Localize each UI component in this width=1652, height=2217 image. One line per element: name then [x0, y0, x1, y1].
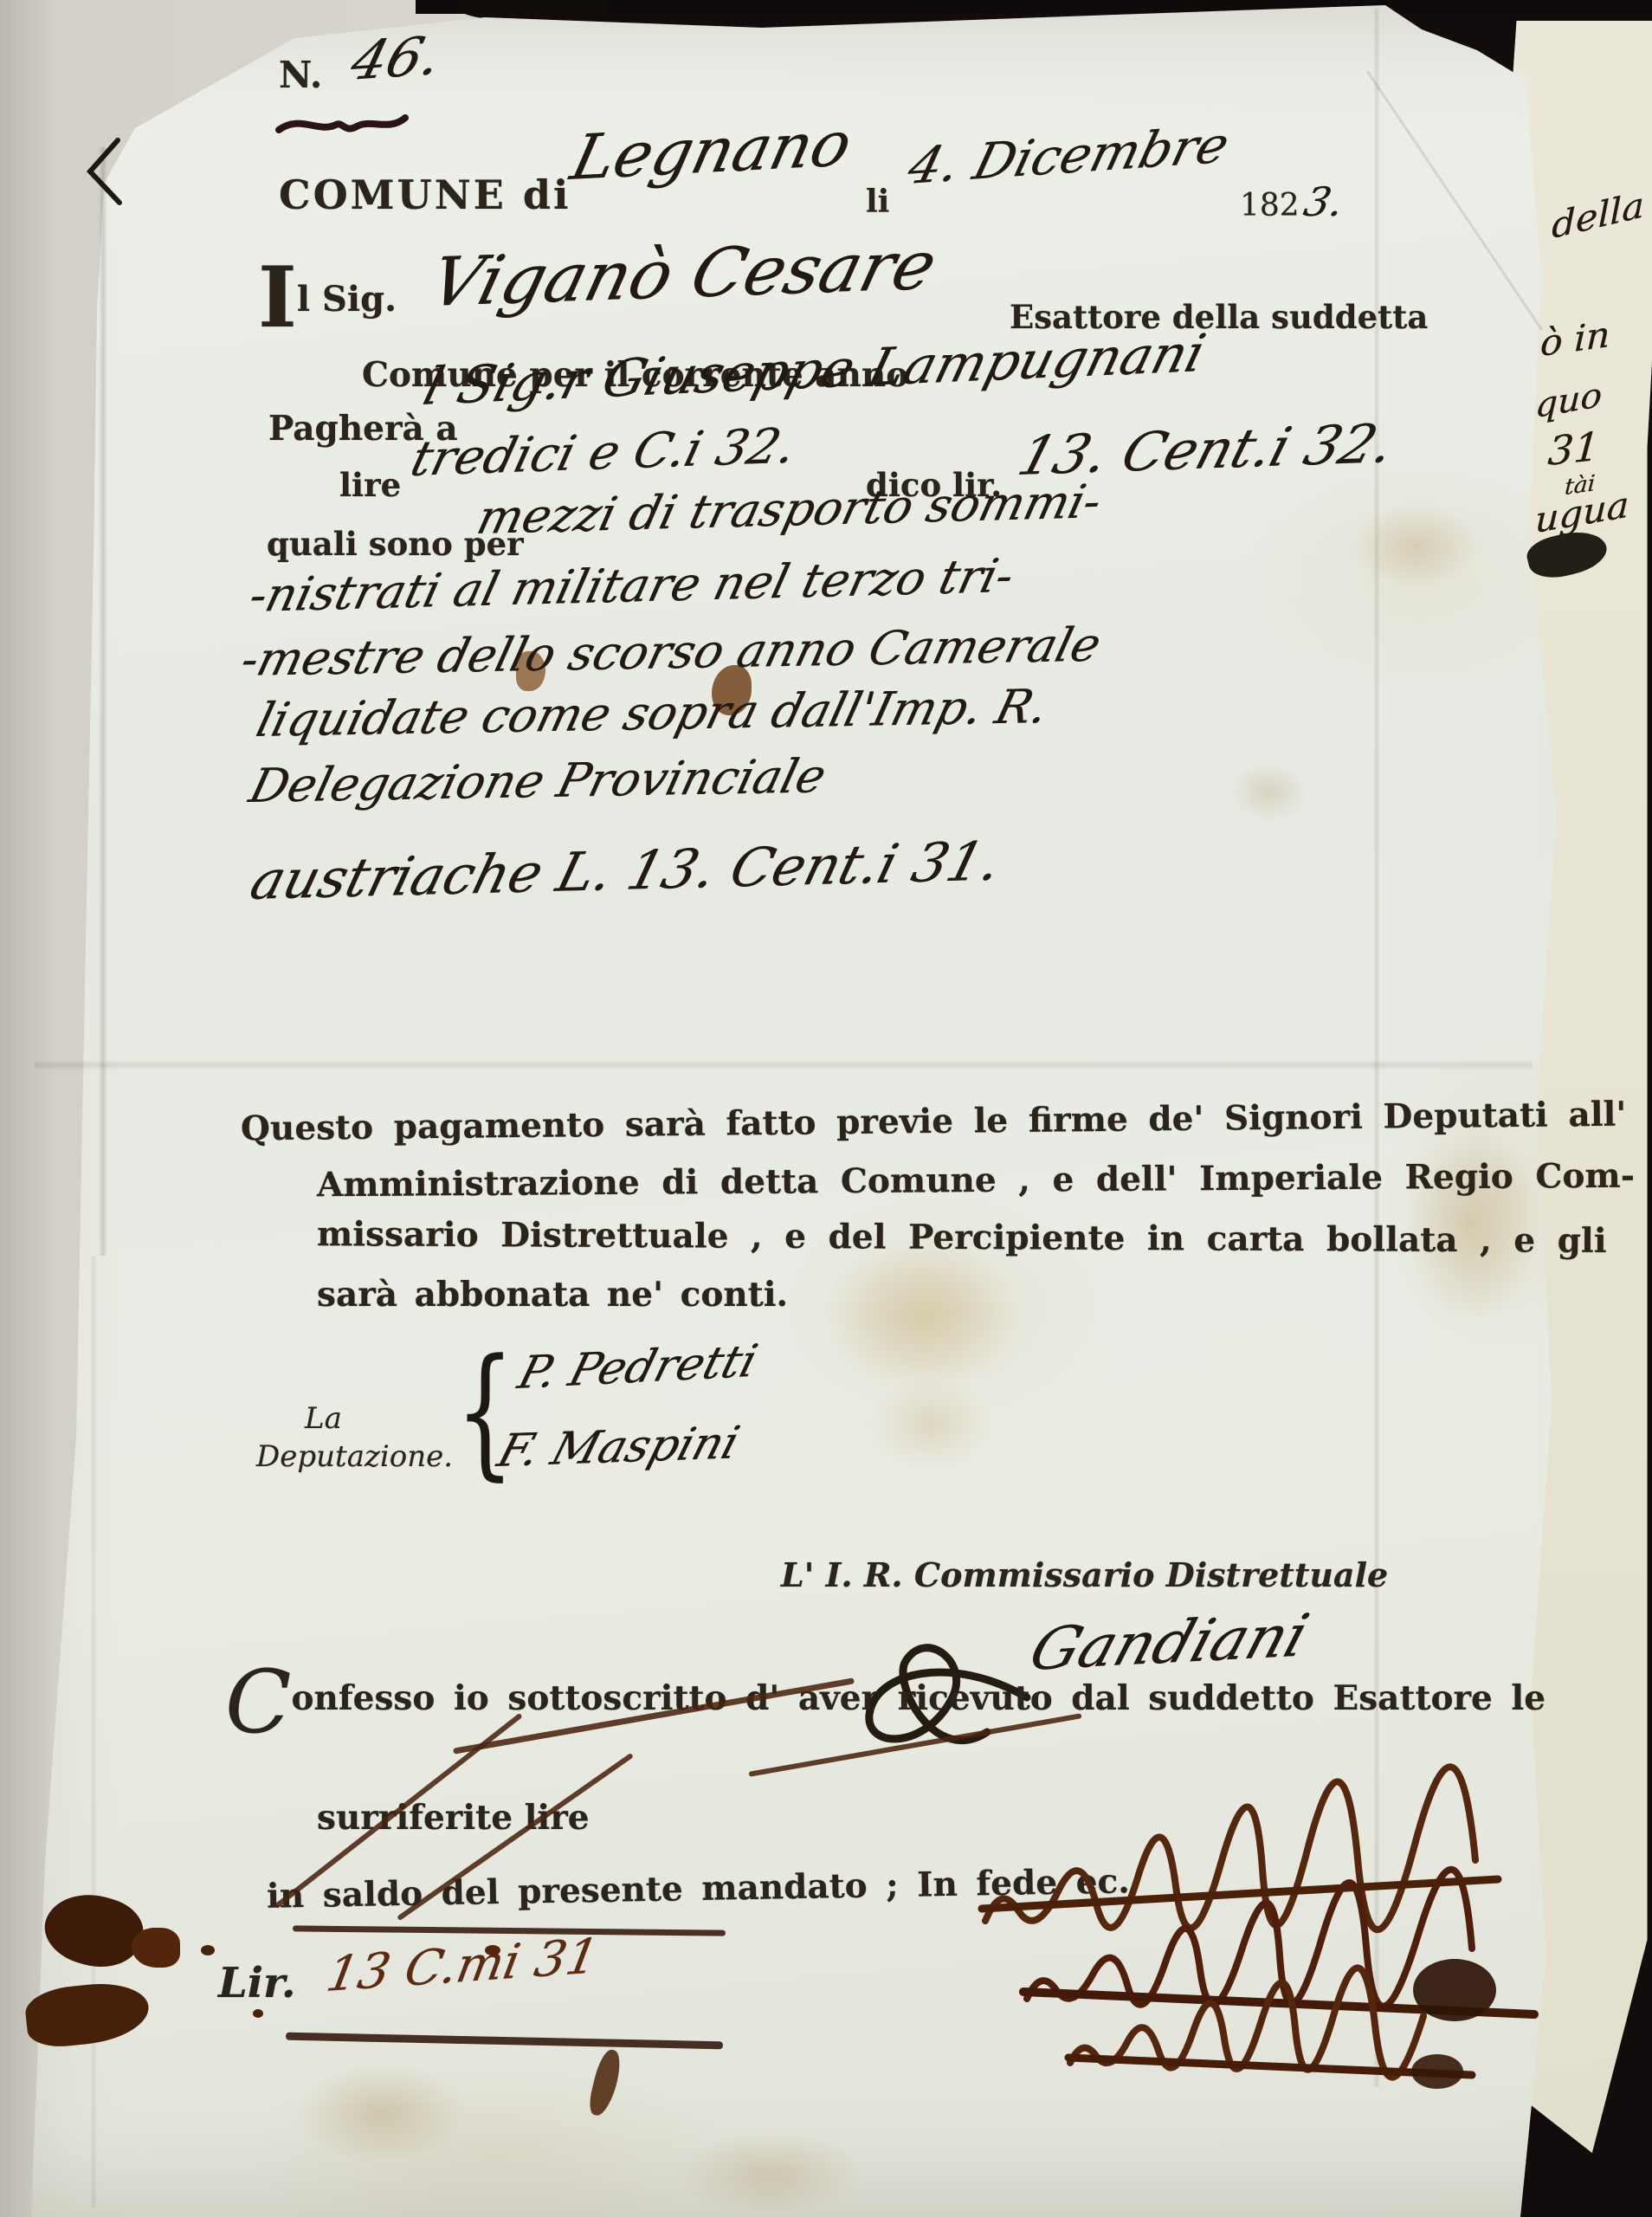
date-li-label: li: [866, 184, 889, 220]
ink-speck: [201, 1945, 215, 1955]
stain: [294, 2061, 468, 2165]
ink-speck: [253, 2009, 263, 2018]
lire-label: lire: [339, 466, 401, 504]
clause-line: missario Distrettuale , e del Percipient…: [317, 1214, 1607, 1261]
ink-speck: [485, 1945, 500, 1955]
stain: [866, 1377, 996, 1472]
receipt-line2: surriferite lire: [317, 1798, 590, 1838]
drop-cap-I: I: [258, 249, 297, 346]
stain: [1351, 502, 1481, 589]
date-century: 182: [1240, 188, 1300, 223]
bottom-lir-label: Lir.: [218, 1959, 296, 2007]
stain: [675, 2130, 866, 2217]
flourish-underline: [274, 109, 412, 144]
deputation-label-top: La: [305, 1401, 342, 1436]
middle-fold-crease: [35, 1060, 1533, 1070]
stain: [1229, 762, 1307, 823]
left-fold-crease: [99, 147, 107, 1256]
clause-line: sarà abbonata ne' conti.: [317, 1275, 788, 1315]
left-fold-crease-lower: [90, 1256, 97, 2208]
payer-prefix-rest: l Sig.: [297, 279, 397, 320]
drop-cap-C: C: [225, 1651, 292, 1753]
deputation-label-bottom: Deputazione.: [256, 1439, 453, 1474]
stain: [823, 1238, 1022, 1394]
reason-line: Delegazione Provinciale: [244, 748, 831, 813]
payer-prefix: Il Sig.: [258, 265, 397, 332]
struck-signature: [1065, 2020, 1481, 2097]
margin-fragment: 31: [1546, 423, 1601, 475]
receipt-line1-rest: onfesso io sottoscritto d' aver ricevuto…: [292, 1678, 1546, 1718]
ink-blot: [132, 1928, 180, 1968]
doc-number-value: 46.: [345, 23, 448, 93]
margin-angle-mark: [81, 137, 123, 206]
commune-name: Legnano: [565, 107, 858, 194]
commune-label: COMUNE di: [279, 171, 571, 218]
receipt-line1: Confesso io sottoscritto d' aver ricevut…: [225, 1668, 1546, 1737]
deputation-signature: F. Maspini: [492, 1418, 745, 1477]
doc-number-label: N.: [279, 54, 322, 96]
date-year: 1823.: [1240, 178, 1338, 225]
commissioner-title: L' I. R. Commissario Distrettuale: [781, 1555, 1388, 1594]
document-scan: N. 46. COMUNE di Legnano li 4. Dicembre …: [0, 0, 1652, 2217]
